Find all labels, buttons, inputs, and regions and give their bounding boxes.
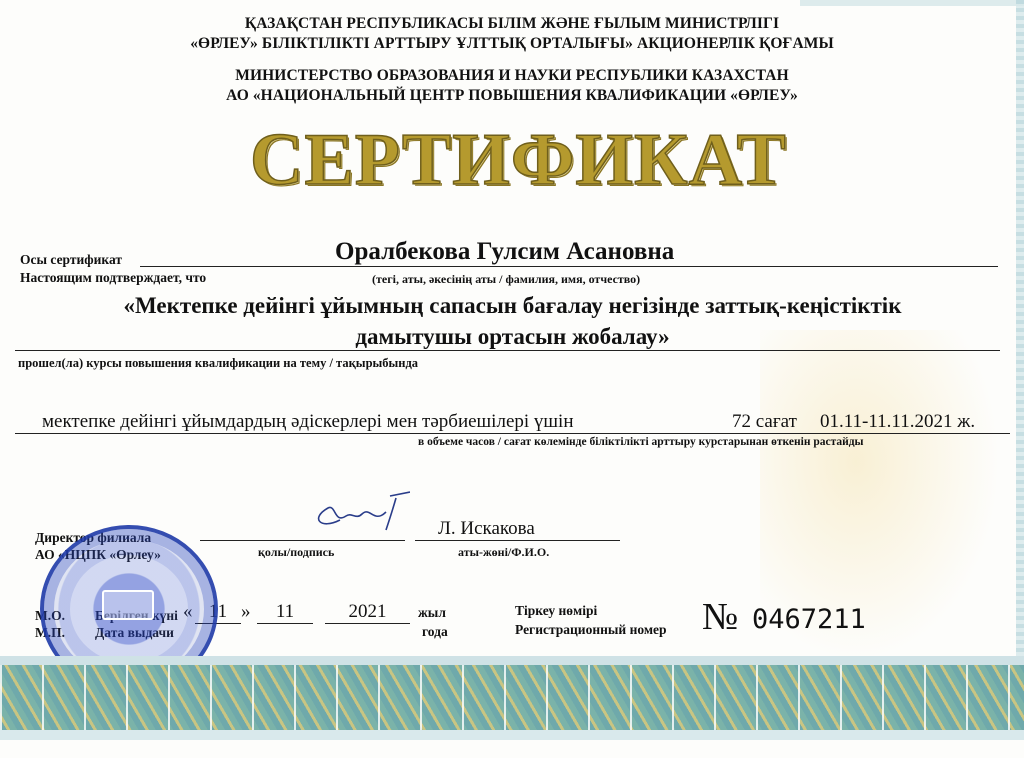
hours-underline [15,433,1010,434]
hours-caption: в объеме часов / сағат көлемінде білікті… [418,436,864,448]
signature-line [200,540,405,541]
ornamental-band [0,665,1024,730]
recipient-caption: (тегі, аты, әкесінің аты / фамилия, имя,… [372,272,640,287]
signer-name: Л. Искакова [438,518,535,540]
topic-caption: прошел(ла) курсы повышения квалификации … [18,356,418,371]
signature-caption: қолы/подпись [258,545,334,560]
header-kz-line1: ҚАЗАҚСТАН РЕСПУБЛИКАСЫ БІЛІМ ЖӘНЕ ҒЫЛЫМ … [0,14,1024,34]
signer-name-caption: аты-жөні/Ф.И.О. [458,545,549,560]
registration-label-ru: Регистрационный номер [515,622,667,638]
certificate-title: СЕРТИФИКАТ [250,118,770,203]
recipient-label-kz: Осы сертификат [20,252,122,268]
registration-number: 0467211 [752,604,866,635]
course-topic-line2: дамытушы ортасын жобалау» [20,324,1005,350]
header-kz-line2: «ӨРЛЕУ» БІЛІКТІЛІКТІ АРТТЫРУ ҰЛТТЫҚ ОРТА… [0,34,1024,54]
signer-name-line [415,540,620,541]
header-ru-line1: МИНИСТЕРСТВО ОБРАЗОВАНИЯ И НАУКИ РЕСПУБЛ… [0,66,1024,86]
topic-underline [15,350,1000,351]
signature-scribble [300,490,410,540]
course-audience: мектепке дейінгі ұйымдардың әдіскерлері … [42,411,573,433]
recipient-underline [140,266,998,267]
header-ru-line2: АО «НАЦИОНАЛЬНЫЙ ЦЕНТР ПОВЫШЕНИЯ КВАЛИФИ… [0,86,1024,106]
recipient-name: Оралбекова Гулсим Асановна [335,238,674,266]
registration-label-kz: Тіркеу нөмірі [515,603,597,619]
number-sign: № [702,595,738,639]
top-border-decoration [800,0,1024,6]
issue-month: 11 [257,601,313,624]
issue-year-ru: года [422,624,448,640]
issue-year-kz: жыл [418,605,446,621]
course-hours: 72 сағат [732,411,797,433]
course-period: 01.11-11.11.2021 ж. [820,411,975,433]
stamp-book-icon [102,590,154,620]
ornament-border-bottom [0,730,1024,740]
course-topic-line1: «Мектепке дейінгі ұйымның сапасын бағала… [20,293,1005,319]
recipient-label-ru: Настоящим подтверждает, что [20,270,206,286]
issue-year: 2021 [325,601,410,624]
